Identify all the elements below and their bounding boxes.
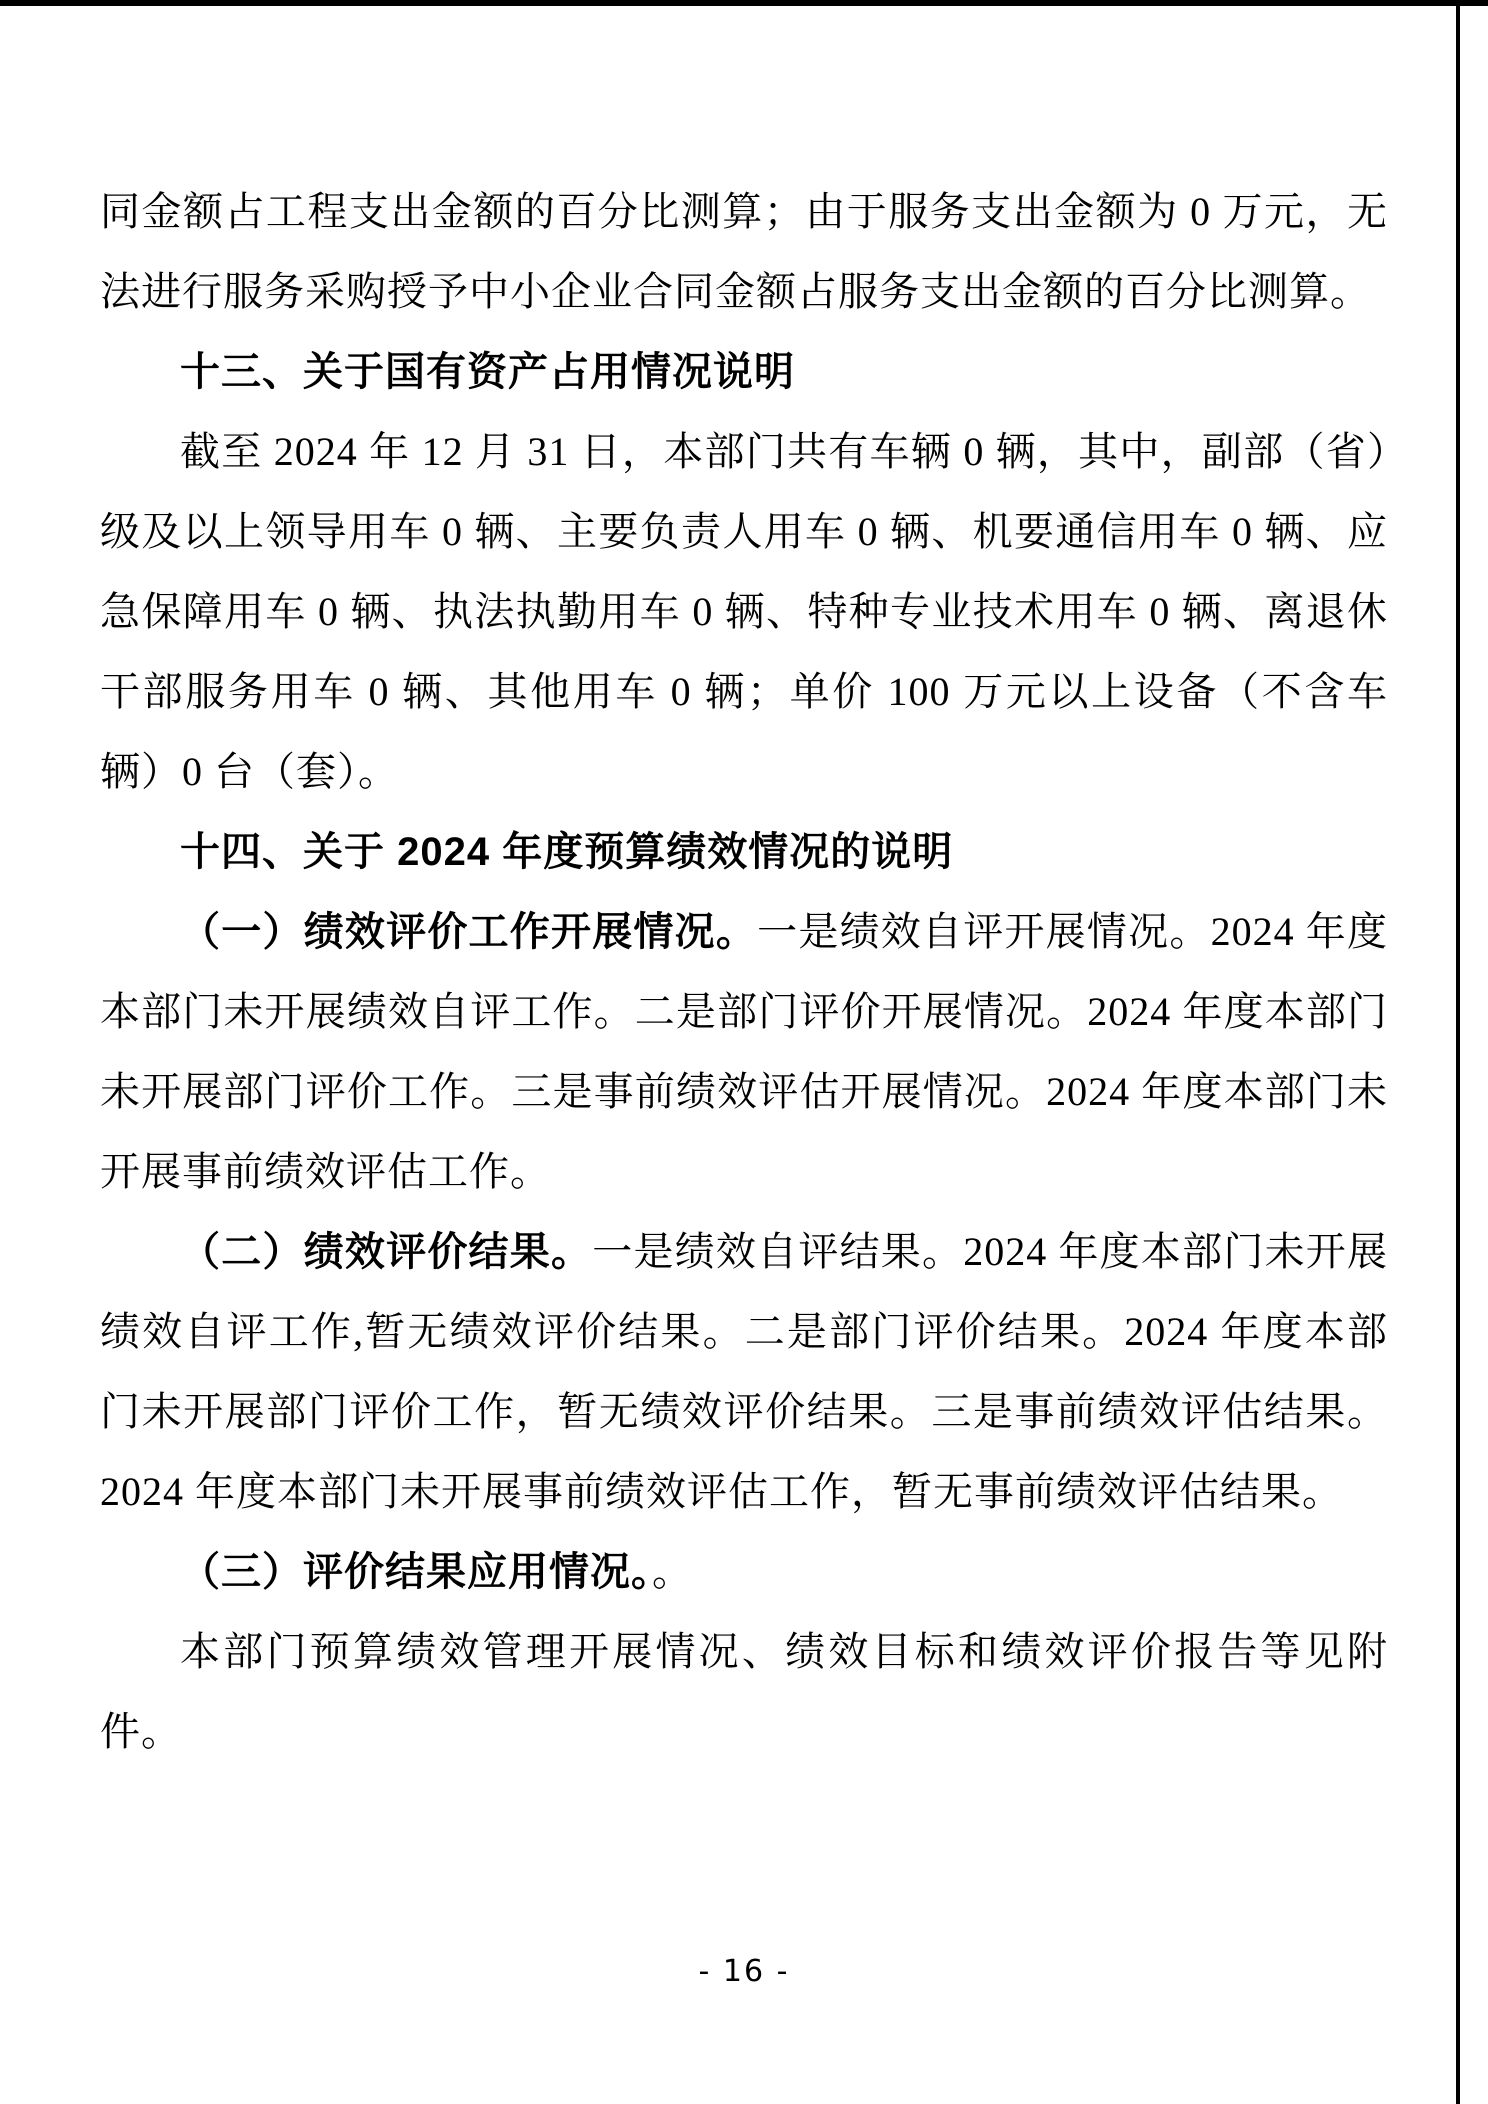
- section-heading: 十三、关于国有资产占用情况说明: [100, 332, 1388, 412]
- paragraph-lead: （二）绩效评价结果。: [180, 1230, 592, 1274]
- paragraph-lead: （一）绩效评价工作开展情况。: [180, 910, 757, 954]
- paragraph-text: 截至 2024 年 12 月 31 日，本部门共有车辆 0 辆，其中，副部（省）…: [100, 429, 1388, 794]
- document-body: 同金额占工程支出金额的百分比测算；由于服务支出金额为 0 万元，无法进行服务采购…: [100, 172, 1388, 1772]
- section-heading: 十四、关于 2024 年度预算绩效情况的说明: [100, 812, 1388, 892]
- paragraph-text: 本部门预算绩效管理开展情况、绩效目标和绩效评价报告等见附件。: [100, 1629, 1388, 1754]
- body-paragraph: （一）绩效评价工作开展情况。一是绩效自评开展情况。2024 年度本部门未开展绩效…: [100, 892, 1388, 1212]
- paragraph-text: 同金额占工程支出金额的百分比测算；由于服务支出金额为 0 万元，无法进行服务采购…: [100, 189, 1388, 314]
- paragraph-lead: （三）评价结果应用情况。: [180, 1550, 652, 1594]
- paragraph-text: 十四、关于 2024 年度预算绩效情况的说明: [180, 830, 953, 874]
- body-paragraph: （二）绩效评价结果。一是绩效自评结果。2024 年度本部门未开展绩效自评工作,暂…: [100, 1212, 1388, 1532]
- continuation-paragraph: 同金额占工程支出金额的百分比测算；由于服务支出金额为 0 万元，无法进行服务采购…: [100, 172, 1388, 332]
- document-page: 同金额占工程支出金额的百分比测算；由于服务支出金额为 0 万元，无法进行服务采购…: [0, 0, 1488, 2104]
- paragraph-text: 十三、关于国有资产占用情况说明: [180, 350, 795, 394]
- body-paragraph: 截至 2024 年 12 月 31 日，本部门共有车辆 0 辆，其中，副部（省）…: [100, 412, 1388, 812]
- page-edge-right-line: [1456, 0, 1460, 2104]
- body-paragraph: 本部门预算绩效管理开展情况、绩效目标和绩效评价报告等见附件。: [100, 1612, 1388, 1772]
- paragraph-text: 。: [652, 1549, 693, 1594]
- body-paragraph: （三）评价结果应用情况。。: [100, 1532, 1388, 1612]
- page-edge-top-line: [0, 0, 1488, 6]
- page-number: - 16 -: [0, 1942, 1488, 2002]
